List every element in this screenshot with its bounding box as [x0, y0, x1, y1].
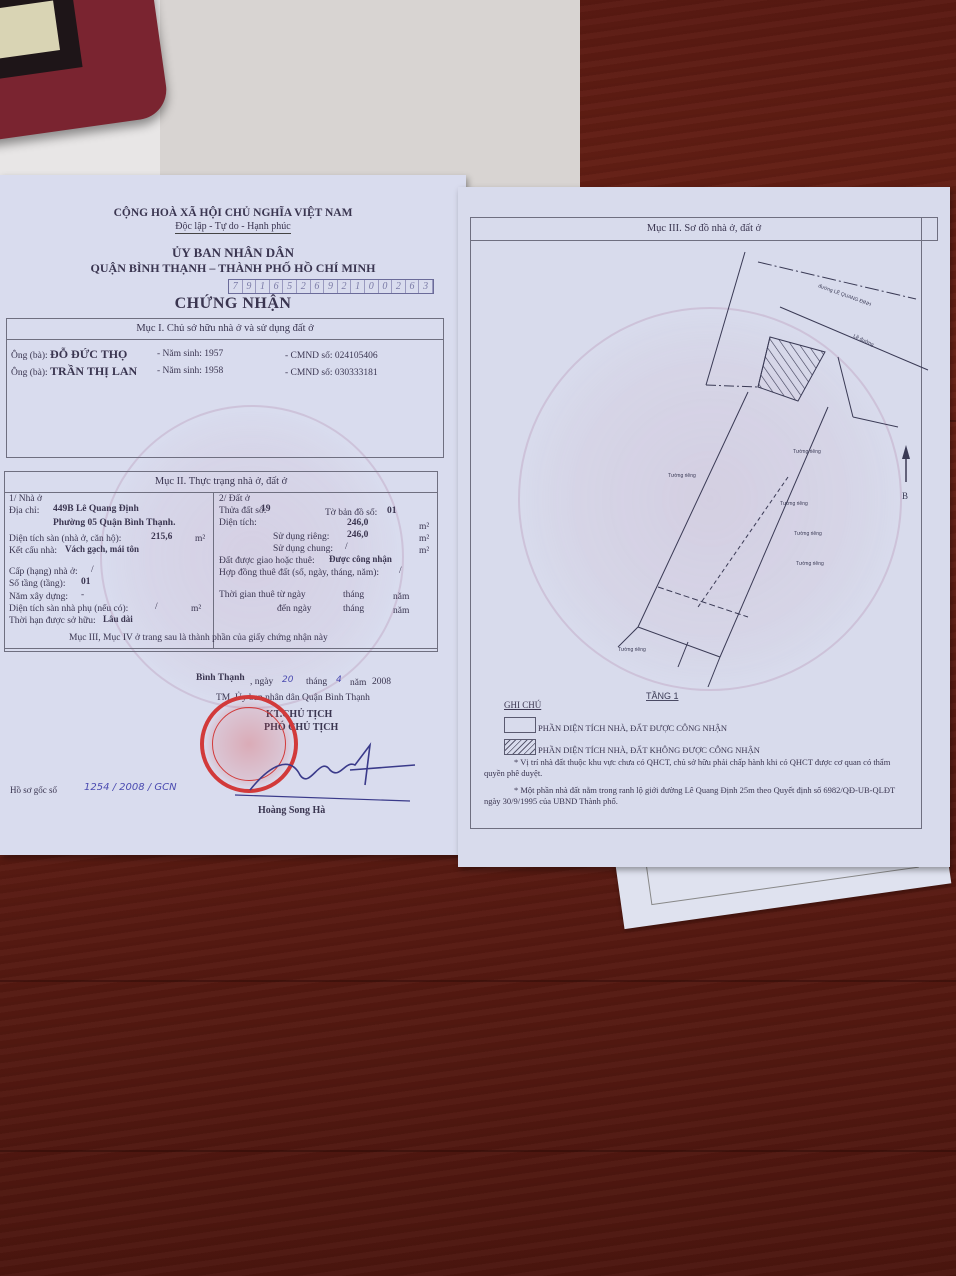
file-number-label: Hồ sơ gốc số [10, 785, 57, 795]
serial-digit: 1 [256, 280, 270, 293]
street-label: đường LÊ QUANG ĐỊNH [817, 281, 873, 308]
legend-not-recognized: PHẦN DIỆN TÍCH NHÀ, ĐẤT KHÔNG ĐƯỢC CÔNG … [538, 745, 760, 755]
legend-swatch-not-recognized [504, 739, 536, 755]
address-label: Địa chỉ: [9, 506, 39, 516]
owner1-name: ĐỖ ĐỨC THỌ [50, 347, 127, 361]
area-value: 246,0 [347, 518, 368, 528]
address-line2: Phường 05 Quận Bình Thạnh. [53, 518, 175, 528]
allocation-value: Được công nhận [329, 554, 392, 564]
unit-m2: m² [195, 534, 205, 544]
land-heading: 2/ Đất ở [219, 494, 250, 504]
floor-label: TẦNG 1 [646, 691, 679, 701]
country-name: CỘNG HOÀ XÃ HỘI CHỦ NGHĨA VIỆT NAM [0, 207, 466, 219]
owner1-id-number: 024105406 [335, 351, 378, 361]
legend-heading: GHI CHÚ [504, 700, 541, 710]
aux-area-value: / [155, 602, 158, 612]
lease-from-month: tháng [343, 590, 364, 600]
aux-area-label: Diện tích sàn nhà phụ (nếu có): [9, 604, 128, 614]
doormat-center [0, 0, 60, 59]
section-owners-heading: Mục I. Chủ sở hữu nhà ở và sử dụng đất ở [7, 319, 443, 340]
floors-label: Số tầng (tầng): [9, 579, 65, 589]
id-label: - CMND số: [285, 368, 333, 378]
lease-contract-value: / [399, 566, 402, 576]
owner2-birth: - Năm sinh: 1958 [157, 366, 223, 376]
signing-year: 2008 [372, 677, 391, 687]
serial-digit: 9 [243, 280, 257, 293]
authority-line1: ỦY BAN NHÂN DÂN [0, 245, 466, 261]
floors-value: 01 [81, 577, 91, 587]
serial-digit: 0 [365, 280, 379, 293]
column-divider [213, 492, 214, 648]
area-label: Diện tích: [219, 518, 257, 528]
footer-note-box: Mục III, Mục IV ở trang sau là thành phầ… [4, 627, 438, 652]
signing-month: 4 [336, 675, 342, 685]
floor-tile [160, 0, 580, 190]
wall-label: Tường riêng [668, 473, 696, 479]
serial-digit: 0 [379, 280, 393, 293]
plot-label: Thửa đất số: [219, 506, 266, 516]
certificate-right-page: Mục III. Sơ đồ nhà ở, đất ở đư [458, 187, 950, 867]
floor-area-value: 215,6 [151, 532, 172, 542]
grade-value: / [91, 565, 94, 575]
serial-digit: 6 [270, 280, 284, 293]
authority-line2: QUẬN BÌNH THẠNH – THÀNH PHỐ HỒ CHÍ MINH [0, 261, 466, 276]
floor-seam [0, 980, 956, 982]
document-title: CHỨNG NHẬN [0, 295, 466, 313]
legend-note-1: * Vị trí nhà đất thuộc khu vực chưa có Q… [484, 757, 909, 779]
map-sheet-label: Tờ bản đồ số: [325, 508, 377, 518]
lease-to-year: năm [393, 606, 409, 616]
serial-digit: 6 [406, 280, 420, 293]
section-property-heading: Mục II. Thực trạng nhà ở, đất ở [5, 472, 437, 493]
owner1-birth-year: 1957 [204, 349, 223, 359]
wall-label: Tường riêng [796, 561, 824, 567]
year-label: năm [350, 678, 366, 688]
floor-area-label: Diện tích sàn (nhà ở, căn hộ): [9, 534, 121, 544]
certificate-left-page: CỘNG HOÀ XÃ HỘI CHỦ NGHĨA VIỆT NAM Độc l… [0, 175, 466, 855]
signing-day: 20 [282, 675, 293, 685]
file-number-value: 1254 / 2008 / GCN [84, 782, 177, 793]
signature [230, 735, 420, 805]
structure-label: Kết cấu nhà: [9, 546, 57, 556]
unit-m2: m² [419, 546, 429, 556]
sidewalk-label: Lề đường [852, 333, 875, 348]
motto: Độc lập - Tự do - Hạnh phúc [175, 221, 290, 234]
grade-label: Cấp (hạng) nhà ở: [9, 567, 78, 577]
legend-swatch-recognized [504, 717, 536, 733]
owner1-birth: - Năm sinh: 1957 [157, 349, 223, 359]
owner1-id: - CMND số: 024105406 [285, 351, 378, 361]
owner2-name: TRẦN THỊ LAN [50, 364, 137, 378]
lease-from-label: Thời gian thuê từ ngày [219, 590, 306, 600]
unit-m2: m² [419, 534, 429, 544]
birth-label: - Năm sinh: [157, 349, 202, 359]
shared-use-value: / [345, 542, 348, 552]
footer-note: Mục III, Mục IV ở trang sau là thành phầ… [69, 633, 328, 643]
serial-digit: 6 [311, 280, 325, 293]
serial-digit: 2 [392, 280, 406, 293]
structure-value: Vách gạch, mái tôn [65, 544, 139, 554]
lease-to-month: tháng [343, 604, 364, 614]
signer-name: Hoàng Song Hà [258, 805, 325, 816]
owner2-label: Ông (bà): TRẦN THỊ LAN [11, 364, 137, 379]
doormat-pattern [0, 0, 83, 81]
owner2-id-number: 030333181 [335, 368, 378, 378]
serial-digit: 5 [283, 280, 297, 293]
year-built-label: Năm xây dựng: [9, 592, 68, 602]
year-built-value: - [81, 590, 84, 600]
shared-use-label: Sử dụng chung: [273, 544, 333, 554]
serial-digit: 9 [324, 280, 338, 293]
wall-label: Tường riêng [794, 531, 822, 537]
serial-digit: 2 [297, 280, 311, 293]
owner2-birth-year: 1958 [204, 366, 223, 376]
signing-place: Bình Thạnh [196, 673, 245, 683]
month-label: tháng [306, 677, 327, 687]
legend-note-2: * Một phần nhà đất nằm trong ranh lộ giớ… [484, 785, 909, 807]
lease-from-year: năm [393, 592, 409, 602]
wall-label: Tường riêng [618, 647, 646, 653]
lease-to-label: đến ngày [277, 604, 312, 614]
owner-label: Ông (bà): [11, 351, 48, 361]
birth-label: - Năm sinh: [157, 366, 202, 376]
north-label: B [902, 491, 908, 501]
north-arrow-icon: B [902, 445, 910, 501]
serial-number: 791652692100263 [228, 279, 434, 294]
map-sheet-value: 01 [387, 506, 397, 516]
section-owners: Mục I. Chủ sở hữu nhà ở và sử dụng đất ở… [6, 318, 444, 458]
owner-label: Ông (bà): [11, 368, 48, 378]
floor-seam [0, 1150, 956, 1152]
site-plan-diagram: đường LÊ QUANG ĐỊNH Lề đường Tường riêng… [458, 187, 950, 707]
legend-recognized: PHẦN DIỆN TÍCH NHÀ, ĐẤT ĐƯỢC CÔNG NHẬN [538, 723, 727, 733]
allocation-label: Đất được giao hoặc thuê: [219, 556, 315, 566]
motto-wrap: Độc lập - Tự do - Hạnh phúc [0, 221, 466, 232]
unit-m2: m² [419, 522, 429, 532]
serial-digit: 1 [351, 280, 365, 293]
ownership-term-value: Lâu dài [103, 614, 133, 624]
serial-digit: 2 [338, 280, 352, 293]
private-use-value: 246,0 [347, 530, 368, 540]
unit-m2: m² [191, 604, 201, 614]
id-label: - CMND số: [285, 351, 333, 361]
day-label: , ngày [250, 677, 273, 687]
wall-label: Tường riêng [780, 501, 808, 507]
house-heading: 1/ Nhà ở [9, 494, 42, 504]
ownership-term-label: Thời hạn được sở hữu: [9, 616, 96, 626]
address-line1: 449B Lê Quang Định [53, 504, 139, 514]
section-property: Mục II. Thực trạng nhà ở, đất ở 1/ Nhà ở… [4, 471, 438, 649]
plot-value: 19 [261, 504, 271, 514]
wall-label: Tường riêng [793, 449, 821, 455]
serial-digit: 3 [419, 280, 433, 293]
owner2-id: - CMND số: 030333181 [285, 368, 378, 378]
serial-digit: 7 [229, 280, 243, 293]
owner1-label: Ông (bà): ĐỖ ĐỨC THỌ [11, 347, 127, 362]
lease-contract-label: Hợp đồng thuê đất (số, ngày, tháng, năm)… [219, 568, 379, 578]
private-use-label: Sử dụng riêng: [273, 532, 329, 542]
